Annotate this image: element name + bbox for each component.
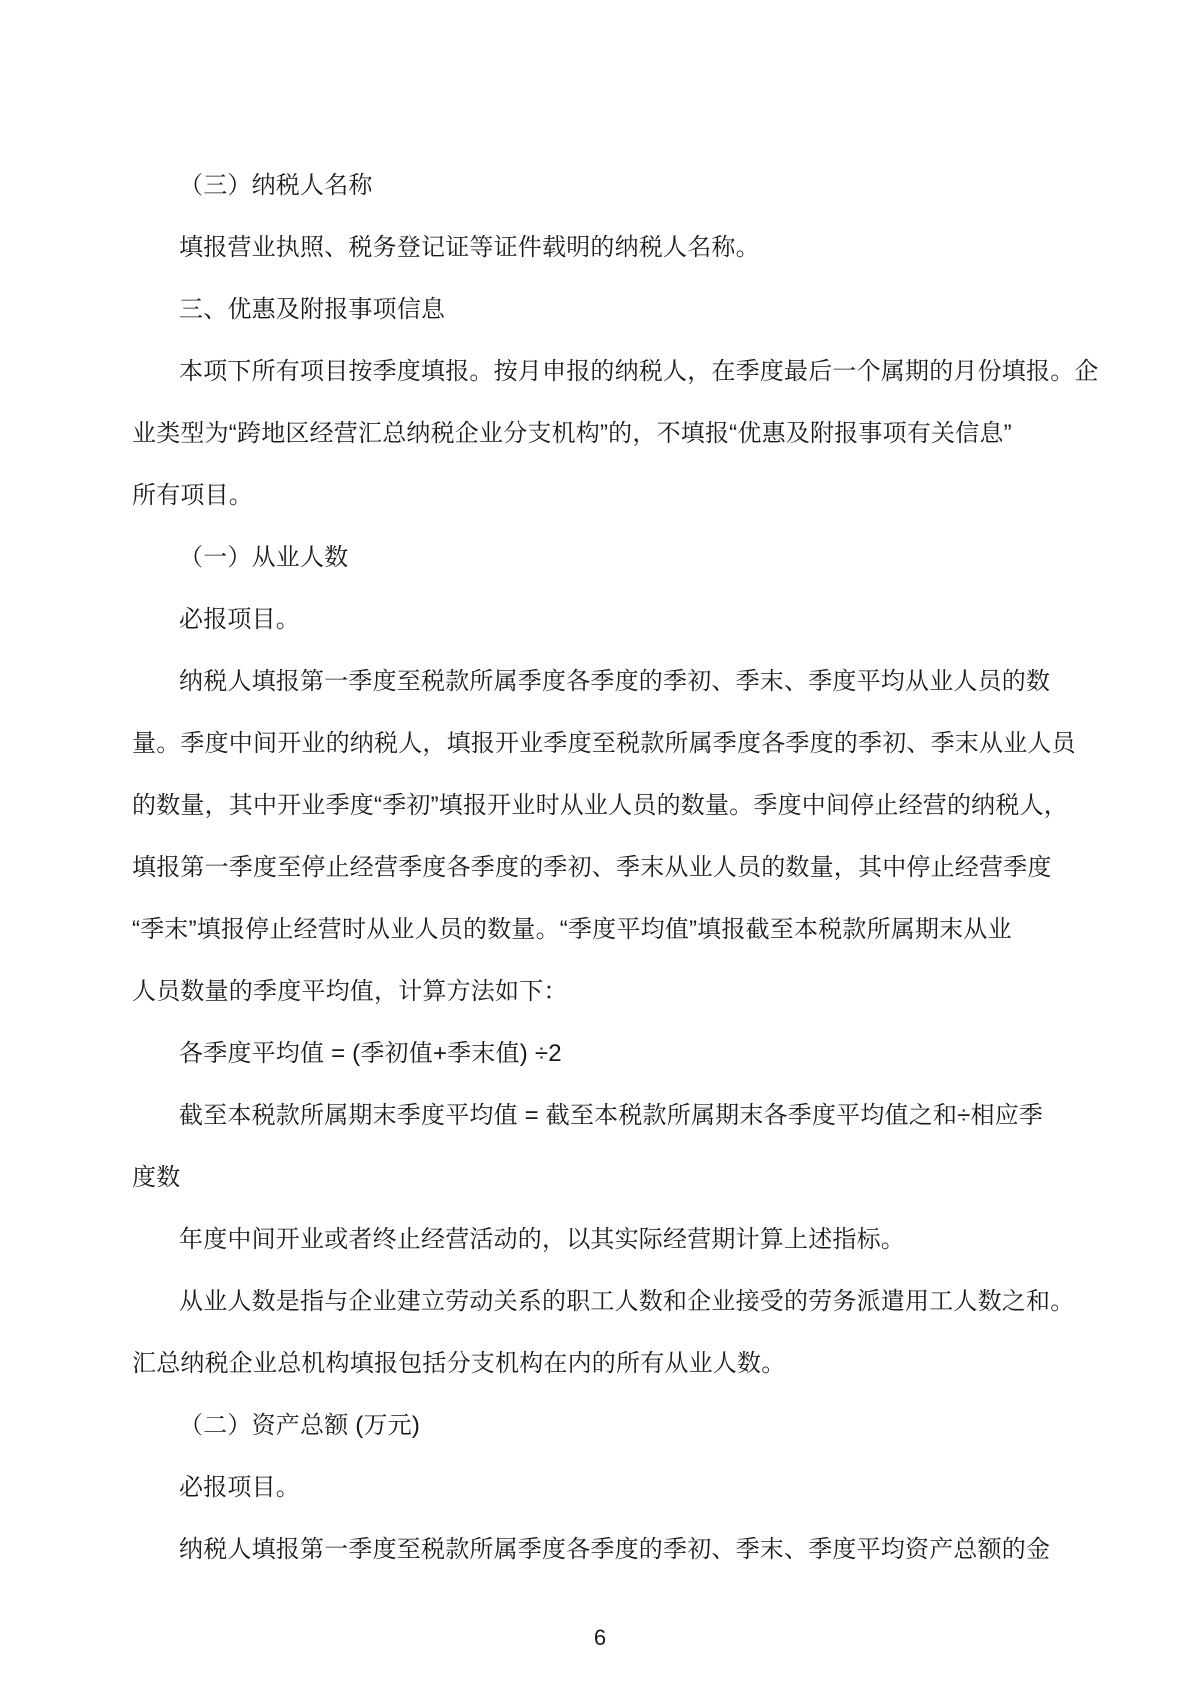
para-line: 本项下所有项目按季度填报。按月申报的纳税人，在季度最后一个属期的月份填报。企 <box>132 341 1077 403</box>
formula-quarter-average: 各季度平均值 = (季初值+季末值) ÷2 <box>132 1023 1077 1085</box>
para-line: 纳税人填报第一季度至税款所属季度各季度的季初、季末、季度平均资产总额的金 <box>132 1519 1077 1581</box>
para-line: 所有项目。 <box>132 465 1077 527</box>
para-line: 的数量，其中开业季度“季初”填报开业时从业人员的数量。季度中间停止经营的纳税人， <box>132 775 1077 837</box>
para-line: 度数 <box>132 1147 1077 1209</box>
para-line: 汇总纳税企业总机构填报包括分支机构在内的所有从业人数。 <box>132 1333 1077 1395</box>
text-block: （三）纳税人名称填报营业执照、税务登记证等证件载明的纳税人名称。三、优惠及附报事… <box>132 155 1077 1581</box>
para-line: 从业人数是指与企业建立劳动关系的职工人数和企业接受的劳务派遣用工人数之和。 <box>132 1271 1077 1333</box>
page-number: 6 <box>0 1612 1200 1664</box>
para-line: 业类型为“跨地区经营汇总纳税企业分支机构”的，不填报“优惠及附报事项有关信息” <box>132 403 1077 465</box>
para-line: 人员数量的季度平均值，计算方法如下： <box>132 961 1077 1023</box>
formula-period-end-average: 截至本税款所属期末季度平均值 = 截至本税款所属期末各季度平均值之和÷相应季 <box>132 1085 1077 1147</box>
document-page: （三）纳税人名称填报营业执照、税务登记证等证件载明的纳税人名称。三、优惠及附报事… <box>0 0 1200 1696</box>
para-line: 量。季度中间开业的纳税人，填报开业季度至税款所属季度各季度的季初、季末从业人员 <box>132 713 1077 775</box>
heading-item-1-employee-count: （一）从业人数 <box>132 527 1077 589</box>
para-line: 必报项目。 <box>132 1457 1077 1519</box>
para-line: “季末”填报停止经营时从业人员的数量。“季度平均值”填报截至本税款所属期末从业 <box>132 899 1077 961</box>
para-line: 填报营业执照、税务登记证等证件载明的纳税人名称。 <box>132 217 1077 279</box>
heading-section-3-preferential-info: 三、优惠及附报事项信息 <box>132 279 1077 341</box>
heading-item-3-taxpayer-name: （三）纳税人名称 <box>132 155 1077 217</box>
para-line: 必报项目。 <box>132 589 1077 651</box>
para-line: 填报第一季度至停止经营季度各季度的季初、季末从业人员的数量，其中停止经营季度 <box>132 837 1077 899</box>
para-line: 年度中间开业或者终止经营活动的，以其实际经营期计算上述指标。 <box>132 1209 1077 1271</box>
heading-item-2-total-assets: （二）资产总额 (万元) <box>132 1395 1077 1457</box>
para-line: 纳税人填报第一季度至税款所属季度各季度的季初、季末、季度平均从业人员的数 <box>132 651 1077 713</box>
